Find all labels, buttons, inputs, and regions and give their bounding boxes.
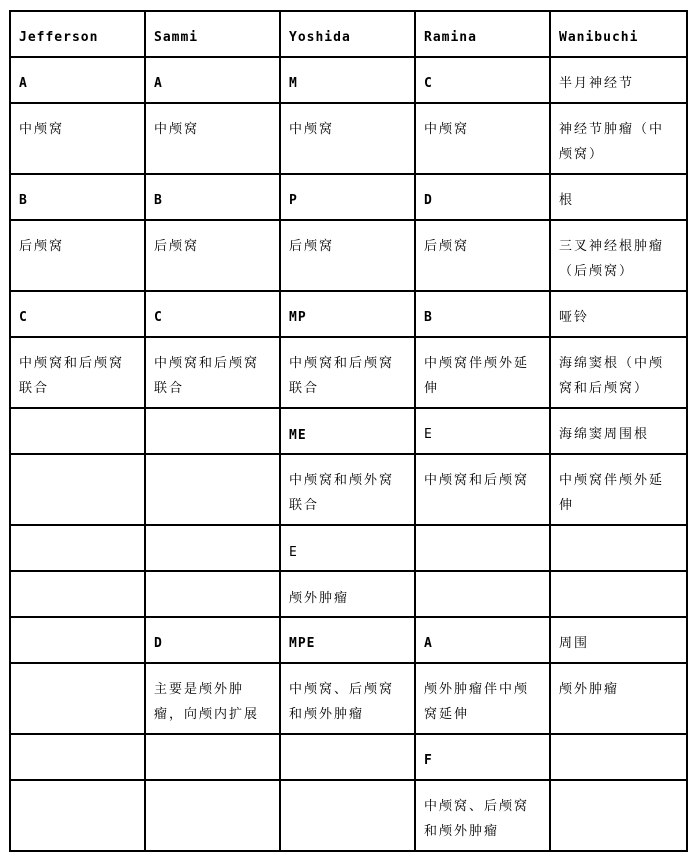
table-row: 中颅窝 中颅窝 中颅窝 中颅窝 神经节肿瘤（中颅窝） bbox=[10, 103, 687, 174]
table-row: D MPE A 周围 bbox=[10, 617, 687, 663]
table-cell bbox=[10, 525, 145, 571]
table-cell: 后颅窝 bbox=[280, 220, 415, 291]
table-cell: E bbox=[415, 408, 550, 454]
table-cell: 根 bbox=[550, 174, 687, 220]
table-cell bbox=[145, 454, 280, 525]
table-cell bbox=[145, 408, 280, 454]
header-jefferson: Jefferson bbox=[10, 11, 145, 57]
table-cell bbox=[10, 663, 145, 734]
table-cell: 中颅窝 bbox=[280, 103, 415, 174]
table-cell: C bbox=[145, 291, 280, 337]
header-sammi: Sammi bbox=[145, 11, 280, 57]
table-cell bbox=[145, 734, 280, 780]
table-cell: 哑铃 bbox=[550, 291, 687, 337]
table-cell bbox=[550, 734, 687, 780]
table-cell: 三叉神经根肿瘤（后颅窝） bbox=[550, 220, 687, 291]
table-row: 中颅窝、后颅窝和颅外肿瘤 bbox=[10, 780, 687, 851]
table-cell: 后颅窝 bbox=[10, 220, 145, 291]
table-cell bbox=[415, 525, 550, 571]
table-cell: 中颅窝、后颅窝和颅外肿瘤 bbox=[280, 663, 415, 734]
table-cell bbox=[10, 734, 145, 780]
table-cell: A bbox=[415, 617, 550, 663]
header-yoshida: Yoshida bbox=[280, 11, 415, 57]
table-cell: 后颅窝 bbox=[415, 220, 550, 291]
table-cell bbox=[280, 780, 415, 851]
table-cell: 中颅窝和后颅窝 bbox=[415, 454, 550, 525]
table-cell: 后颅窝 bbox=[145, 220, 280, 291]
table-cell: A bbox=[145, 57, 280, 103]
table-cell: C bbox=[415, 57, 550, 103]
table-row: A A M C 半月神经节 bbox=[10, 57, 687, 103]
table-cell: E bbox=[280, 525, 415, 571]
table-cell: B bbox=[415, 291, 550, 337]
table-cell: 中颅窝 bbox=[415, 103, 550, 174]
table-cell: 周围 bbox=[550, 617, 687, 663]
table-cell: 中颅窝伴颅外延伸 bbox=[550, 454, 687, 525]
classification-table: Jefferson Sammi Yoshida Ramina Wanibuchi… bbox=[9, 10, 688, 852]
table-cell bbox=[550, 571, 687, 617]
table-cell bbox=[10, 454, 145, 525]
table-cell: 中颅窝伴颅外延伸 bbox=[415, 337, 550, 408]
table-cell: 海绵窦周围根 bbox=[550, 408, 687, 454]
table-cell: B bbox=[145, 174, 280, 220]
table-cell: D bbox=[415, 174, 550, 220]
table-cell: 中颅窝和颅外窝联合 bbox=[280, 454, 415, 525]
table-row: 中颅窝和后颅窝联合 中颅窝和后颅窝联合 中颅窝和后颅窝联合 中颅窝伴颅外延伸 海… bbox=[10, 337, 687, 408]
table-cell bbox=[550, 780, 687, 851]
table-cell: C bbox=[10, 291, 145, 337]
table-cell: ME bbox=[280, 408, 415, 454]
table-cell: B bbox=[10, 174, 145, 220]
table-cell bbox=[10, 780, 145, 851]
table-row: 后颅窝 后颅窝 后颅窝 后颅窝 三叉神经根肿瘤（后颅窝） bbox=[10, 220, 687, 291]
table-cell: 中颅窝 bbox=[145, 103, 280, 174]
table-cell: D bbox=[145, 617, 280, 663]
table-cell: P bbox=[280, 174, 415, 220]
table-cell: 海绵窦根（中颅窝和后颅窝） bbox=[550, 337, 687, 408]
table-cell: 半月神经节 bbox=[550, 57, 687, 103]
table-cell bbox=[145, 780, 280, 851]
table-cell: 中颅窝和后颅窝联合 bbox=[10, 337, 145, 408]
header-wanibuchi: Wanibuchi bbox=[550, 11, 687, 57]
table-row: 主要是颅外肿瘤，向颅内扩展 中颅窝、后颅窝和颅外肿瘤 颅外肿瘤伴中颅窝延伸 颅外… bbox=[10, 663, 687, 734]
table-cell bbox=[10, 571, 145, 617]
table-cell: 中颅窝 bbox=[10, 103, 145, 174]
table-cell: MP bbox=[280, 291, 415, 337]
table-row: E bbox=[10, 525, 687, 571]
table-cell bbox=[415, 571, 550, 617]
table-row: ME E 海绵窦周围根 bbox=[10, 408, 687, 454]
table-cell bbox=[10, 408, 145, 454]
table-cell: MPE bbox=[280, 617, 415, 663]
table-cell bbox=[280, 734, 415, 780]
table-cell: 中颅窝和后颅窝联合 bbox=[145, 337, 280, 408]
table-cell: 主要是颅外肿瘤，向颅内扩展 bbox=[145, 663, 280, 734]
table-cell: 中颅窝和后颅窝联合 bbox=[280, 337, 415, 408]
table-row: 颅外肿瘤 bbox=[10, 571, 687, 617]
table-cell: 神经节肿瘤（中颅窝） bbox=[550, 103, 687, 174]
table-cell bbox=[10, 617, 145, 663]
table-cell: A bbox=[10, 57, 145, 103]
header-row: Jefferson Sammi Yoshida Ramina Wanibuchi bbox=[10, 11, 687, 57]
table-cell bbox=[145, 525, 280, 571]
table-row: B B P D 根 bbox=[10, 174, 687, 220]
table-row: C C MP B 哑铃 bbox=[10, 291, 687, 337]
table-cell: F bbox=[415, 734, 550, 780]
table-cell bbox=[550, 525, 687, 571]
header-ramina: Ramina bbox=[415, 11, 550, 57]
table-row: F bbox=[10, 734, 687, 780]
table-cell: 颅外肿瘤 bbox=[280, 571, 415, 617]
table-cell: 中颅窝、后颅窝和颅外肿瘤 bbox=[415, 780, 550, 851]
table-row: 中颅窝和颅外窝联合 中颅窝和后颅窝 中颅窝伴颅外延伸 bbox=[10, 454, 687, 525]
table-cell: 颅外肿瘤 bbox=[550, 663, 687, 734]
table-cell: 颅外肿瘤伴中颅窝延伸 bbox=[415, 663, 550, 734]
table-cell bbox=[145, 571, 280, 617]
table-cell: M bbox=[280, 57, 415, 103]
